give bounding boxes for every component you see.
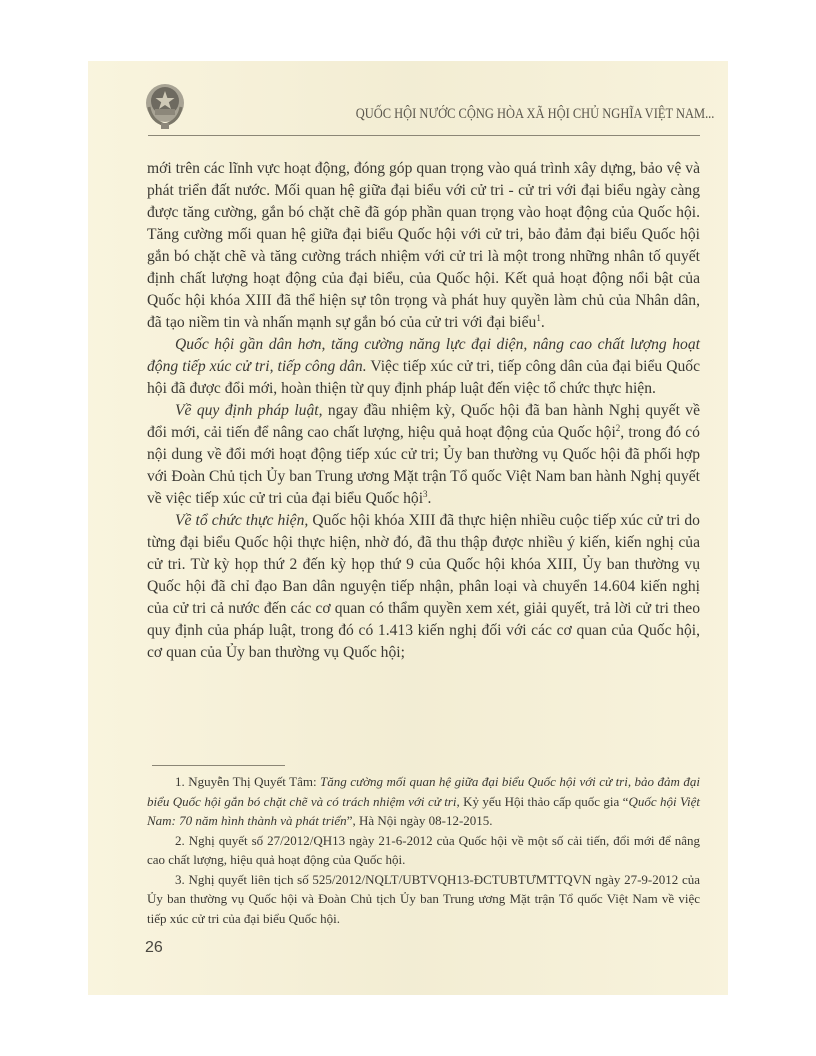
text-run: ”, Hà Nội ngày 08-12-2015.	[347, 813, 493, 828]
text-run: 1. Nguyễn Thị Quyết Tâm:	[175, 774, 320, 789]
body-text: mới trên các lĩnh vực hoạt động, đóng gó…	[147, 158, 700, 664]
text-run: 2. Nghị quyết số 27/2012/QH13 ngày 21-6-…	[147, 833, 700, 868]
paragraph: Về quy định pháp luật, ngay đầu nhiệm kỳ…	[147, 400, 700, 510]
running-header-title: QUỐC HỘI NƯỚC CỘNG HÒA XÃ HỘI CHỦ NGHĨA …	[356, 106, 704, 123]
text-run: .	[428, 490, 432, 507]
paragraph: Quốc hội gần dân hơn, tăng cường năng lự…	[147, 334, 700, 400]
book-page: QUỐC HỘI NƯỚC CỘNG HÒA XÃ HỘI CHỦ NGHĨA …	[88, 61, 728, 995]
italic-text: Về tổ chức thực hiện,	[175, 512, 308, 529]
header-rule	[148, 135, 700, 136]
text-run: .	[541, 314, 545, 331]
text-run: Kỷ yếu Hội thảo cấp quốc gia “	[460, 794, 629, 809]
footnotes: 1. Nguyễn Thị Quyết Tâm: Tăng cường mối …	[147, 772, 700, 928]
national-emblem-icon	[141, 81, 189, 131]
footnote-separator	[152, 765, 285, 766]
paragraph: Về tổ chức thực hiện, Quốc hội khóa XIII…	[147, 510, 700, 664]
page-number: 26	[145, 939, 163, 957]
text-run: mới trên các lĩnh vực hoạt động, đóng gó…	[147, 160, 700, 331]
footnote: 1. Nguyễn Thị Quyết Tâm: Tăng cường mối …	[147, 772, 700, 831]
footnote: 2. Nghị quyết số 27/2012/QH13 ngày 21-6-…	[147, 831, 700, 870]
text-run: Quốc hội khóa XIII đã thực hiện nhiều cu…	[147, 512, 700, 661]
text-run: 3. Nghị quyết liên tịch số 525/2012/NQLT…	[147, 872, 700, 926]
paragraph: mới trên các lĩnh vực hoạt động, đóng gó…	[147, 158, 700, 334]
italic-text: Về quy định pháp luật,	[175, 402, 323, 419]
footnote: 3. Nghị quyết liên tịch số 525/2012/NQLT…	[147, 870, 700, 929]
